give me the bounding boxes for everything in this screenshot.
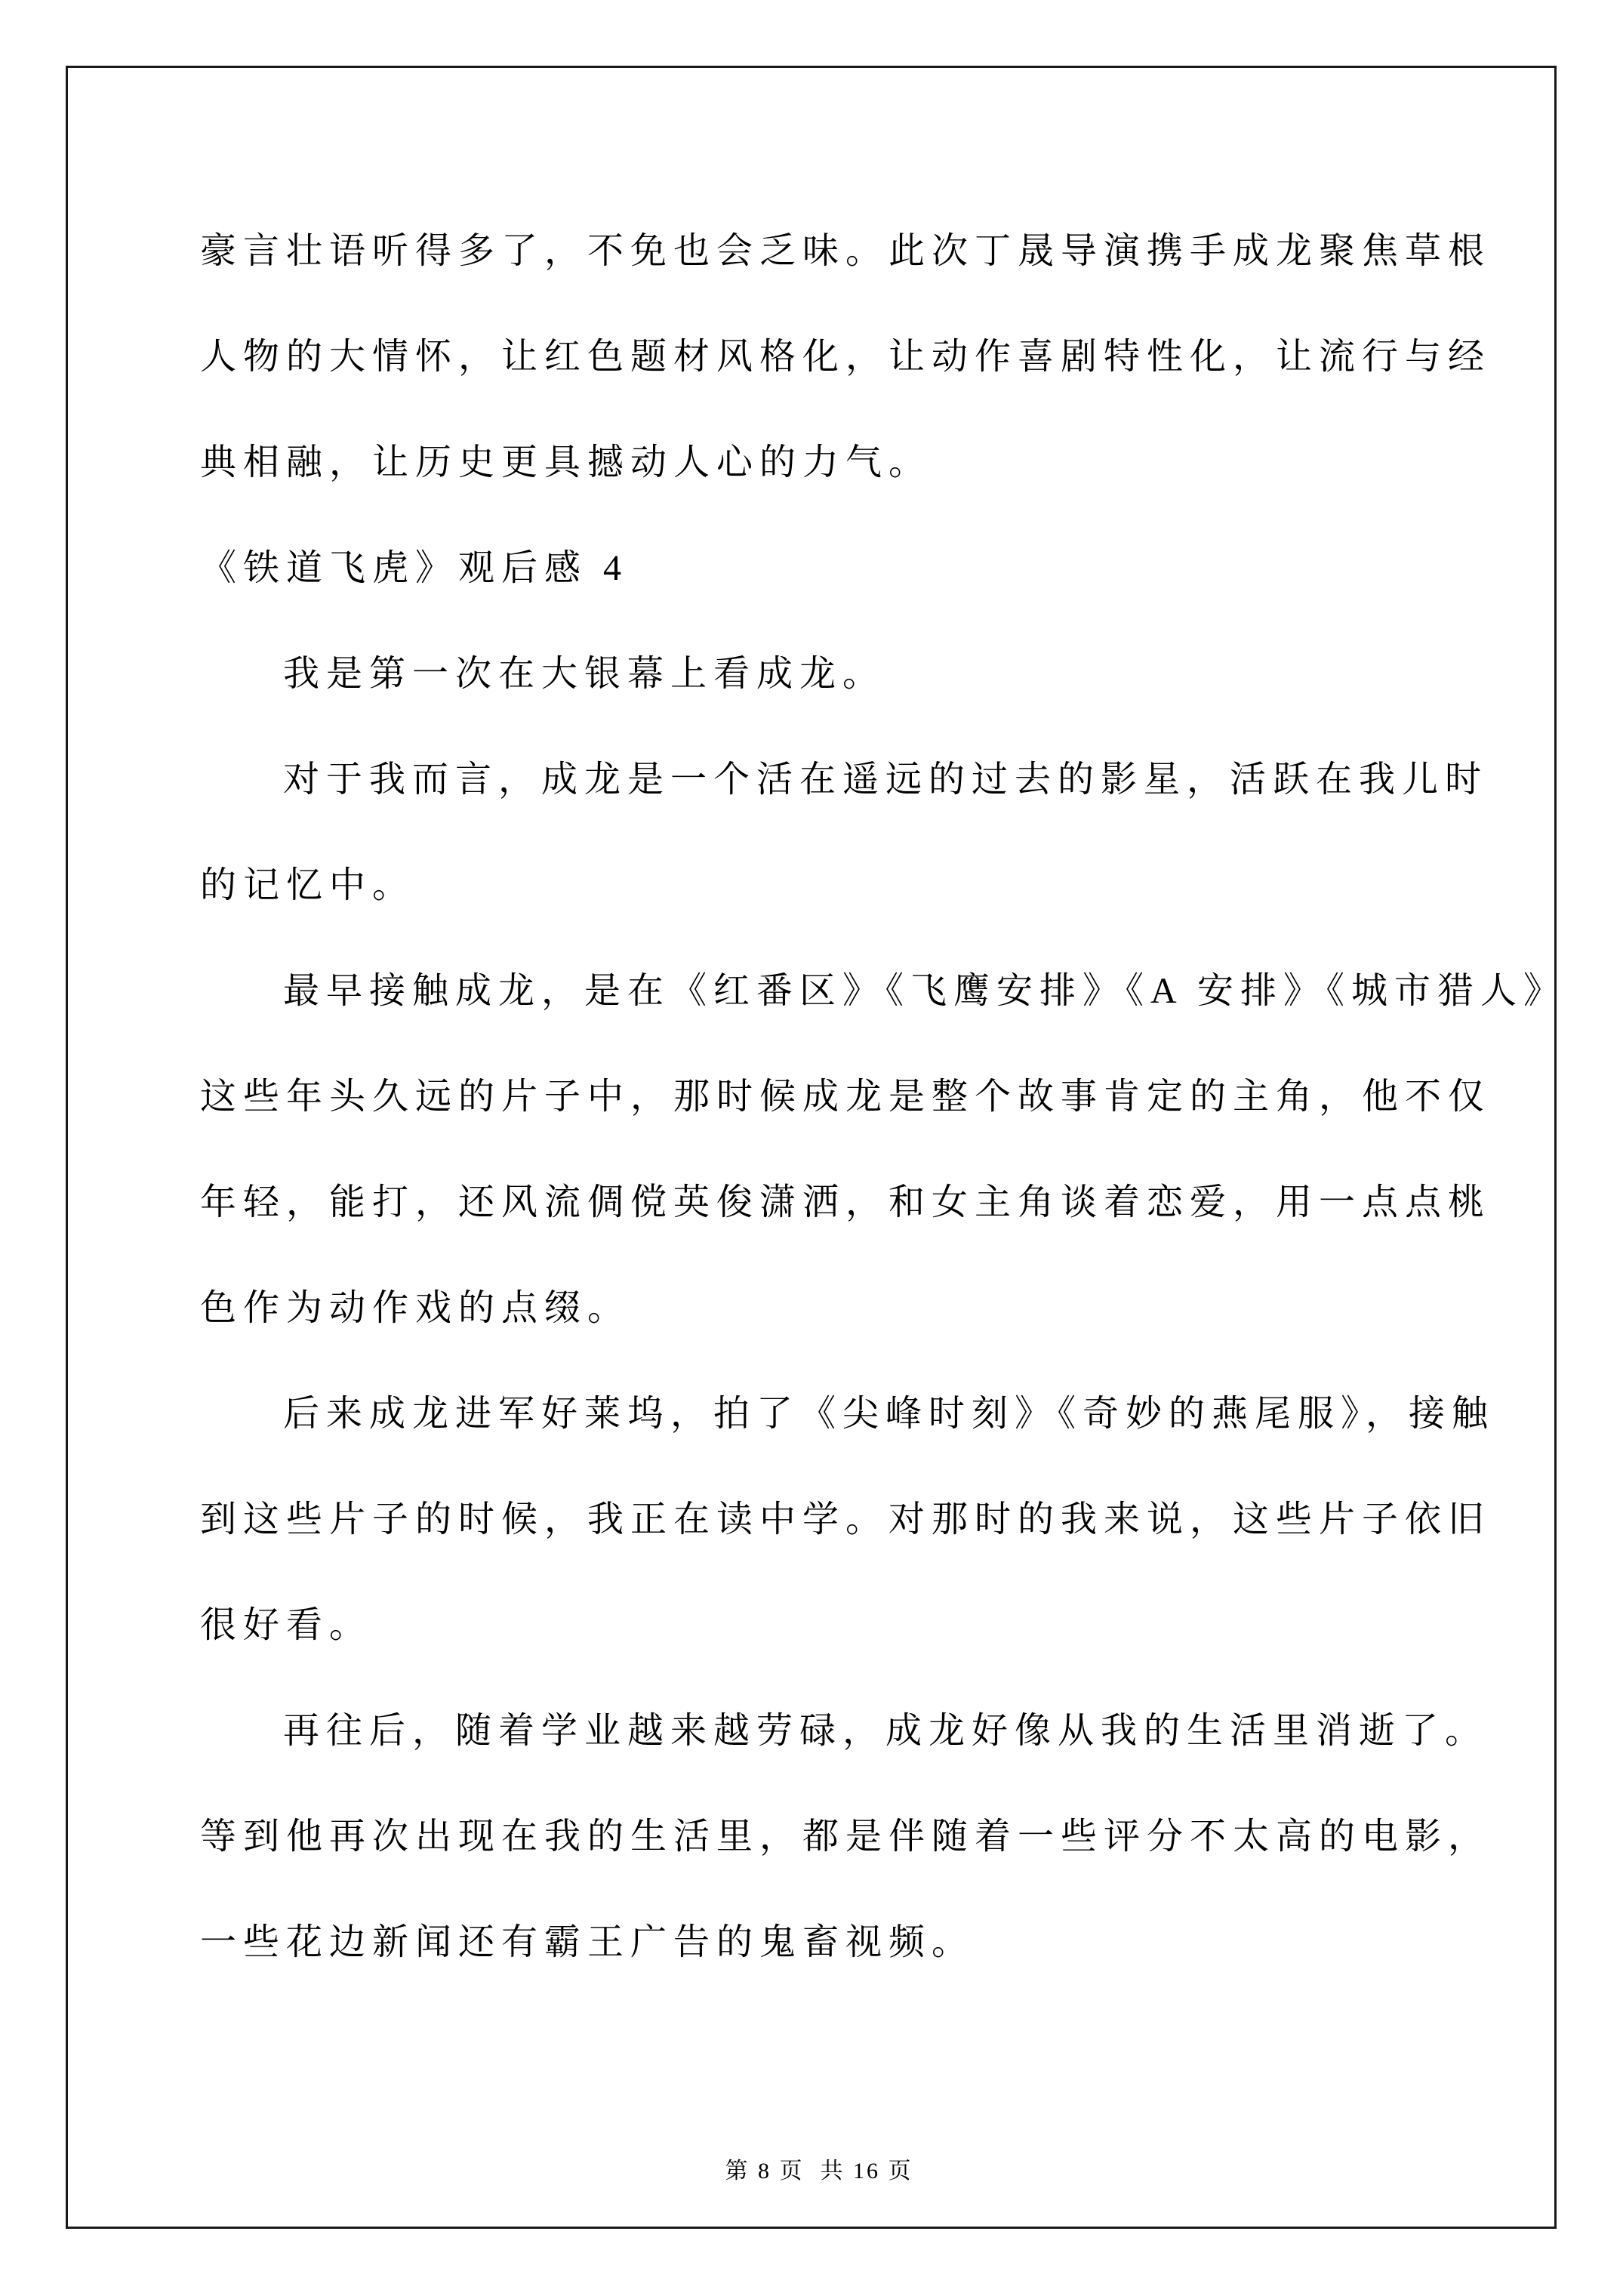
page-number-label: 第 8 页 共 16 页 [725,2159,913,2184]
text-line: 到这些片子的时候，我正在读中学。对那时的我来说，这些片子依旧 [200,1467,1501,1573]
text-line: 对于我而言，成龙是一个活在遥远的过去的影星，活跃在我儿时 [200,727,1501,833]
text-line: 的记忆中。 [200,833,1501,938]
text-line: 我是第一次在大银幕上看成龙。 [200,621,1501,727]
text-line: 后来成龙进军好莱坞，拍了《尖峰时刻》《奇妙的燕尾服》，接触 [200,1361,1501,1467]
text-line: 《铁道飞虎》观后感 4 [200,516,1501,621]
text-line: 豪言壮语听得多了，不免也会乏味。此次丁晟导演携手成龙聚焦草根 [200,199,1501,304]
document-body: 豪言壮语听得多了，不免也会乏味。此次丁晟导演携手成龙聚焦草根人物的大情怀，让红色… [200,199,1501,1996]
text-line: 等到他再次出现在我的生活里，都是伴随着一些评分不太高的电影， [200,1784,1501,1890]
text-line: 再往后，随着学业越来越劳碌，成龙好像从我的生活里消逝了。 [200,1678,1501,1784]
text-line: 色作为动作戏的点缀。 [200,1256,1501,1361]
text-line: 人物的大情怀，让红色题材风格化，让动作喜剧特性化，让流行与经 [200,304,1501,410]
text-line: 最早接触成龙，是在《红番区》《飞鹰安排》《A 安排》《城市猎人》 [200,938,1501,1044]
page-footer: 第 8 页 共 16 页 [66,2126,1557,2187]
text-line: 很好看。 [200,1573,1501,1678]
text-line: 这些年头久远的片子中，那时候成龙是整个故事肯定的主角，他不仅 [200,1044,1501,1150]
text-line: 一些花边新闻还有霸王广告的鬼畜视频。 [200,1890,1501,1996]
text-line: 年轻，能打，还风流倜傥英俊潇洒，和女主角谈着恋爱，用一点点桃 [200,1150,1501,1256]
text-line: 典相融，让历史更具撼动人心的力气。 [200,410,1501,516]
